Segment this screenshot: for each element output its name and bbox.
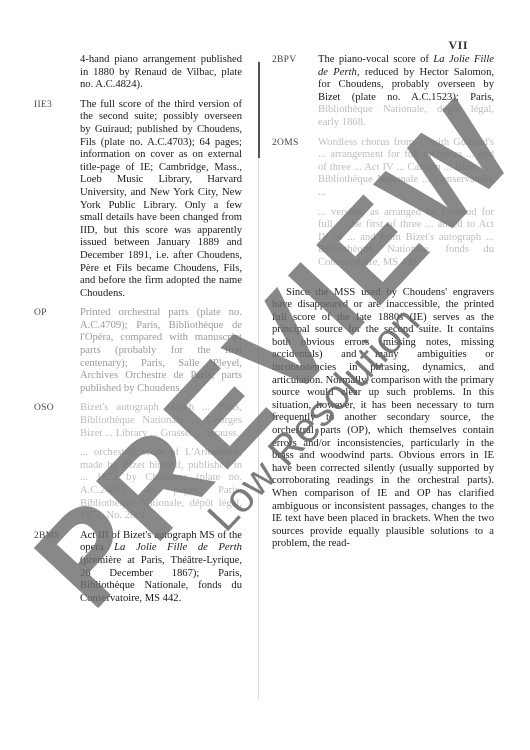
left-column: 4-hand piano arrangement published in 18… [34, 54, 242, 612]
siglum: OP [34, 307, 78, 320]
siglum: 2BPV [272, 54, 316, 67]
entry-text: The piano-vocal score of La Jolie Fille … [318, 54, 494, 128]
document-page: VII 4-hand piano arrangement published i… [0, 0, 530, 750]
entry-text: Wordless chorus from ... with Guiraud's … [318, 137, 494, 198]
entry-text: Act III of Bizet's autograph MS of the o… [80, 530, 242, 604]
source-entry-oso: OSO Bizet's autograph sketch ... Paris, … [34, 402, 242, 440]
text-run: (première at Paris, Théâtre-Lyrique, 26 … [80, 555, 242, 604]
column-divider-mark [258, 62, 260, 158]
entry-text: 4-hand piano arrangement published in 18… [80, 54, 242, 90]
page-number: VII [448, 38, 468, 53]
text-run: The piano-vocal score of [318, 54, 433, 65]
siglum: IIE3 [34, 99, 78, 112]
source-entry-iie3: IIE3 The full score of the third version… [34, 99, 242, 301]
siglum: OSO [34, 402, 78, 415]
siglum: 2BMS [34, 530, 78, 543]
entry-text: ... orchestral score of L'Arlésienne, ma… [80, 447, 242, 521]
source-entry-arlesienne-score: ... orchestral score of L'Arlésienne, ma… [34, 447, 242, 523]
body-paragraph: Since the MSS used by Choudens' engraver… [272, 287, 494, 551]
entry-text: The full score of the third version of t… [80, 99, 242, 299]
source-entry-op: OP Printed orchestral parts (plate no. A… [34, 307, 242, 395]
text-run: Bibliothèque Nationale, dépôt légal, ear… [318, 104, 494, 128]
source-entry-2oms: 2OMS Wordless chorus from ... with Guira… [272, 137, 494, 200]
opera-title: La Jolie Fille de Perth [114, 542, 242, 553]
entry-text: Printed orchestral parts (plate no. A.C.… [80, 307, 242, 394]
source-entry-2bpv: 2BPV The piano-vocal score of La Jolie F… [272, 54, 494, 130]
entry-text: ... version, as arranged by Guiraud for … [318, 207, 494, 268]
source-entry-guiraud-version: ... version, as arranged by Guiraud for … [272, 207, 494, 270]
right-column: 2BPV The piano-vocal score of La Jolie F… [272, 54, 494, 551]
entry-text: Bizet's autograph sketch ... Paris, Bibl… [80, 402, 242, 438]
source-entry-2bms: 2BMS Act III of Bizet's autograph MS of … [34, 530, 242, 606]
spacer [272, 277, 494, 287]
continuation-entry: 4-hand piano arrangement published in 18… [34, 54, 242, 92]
siglum: 2OMS [272, 137, 316, 150]
